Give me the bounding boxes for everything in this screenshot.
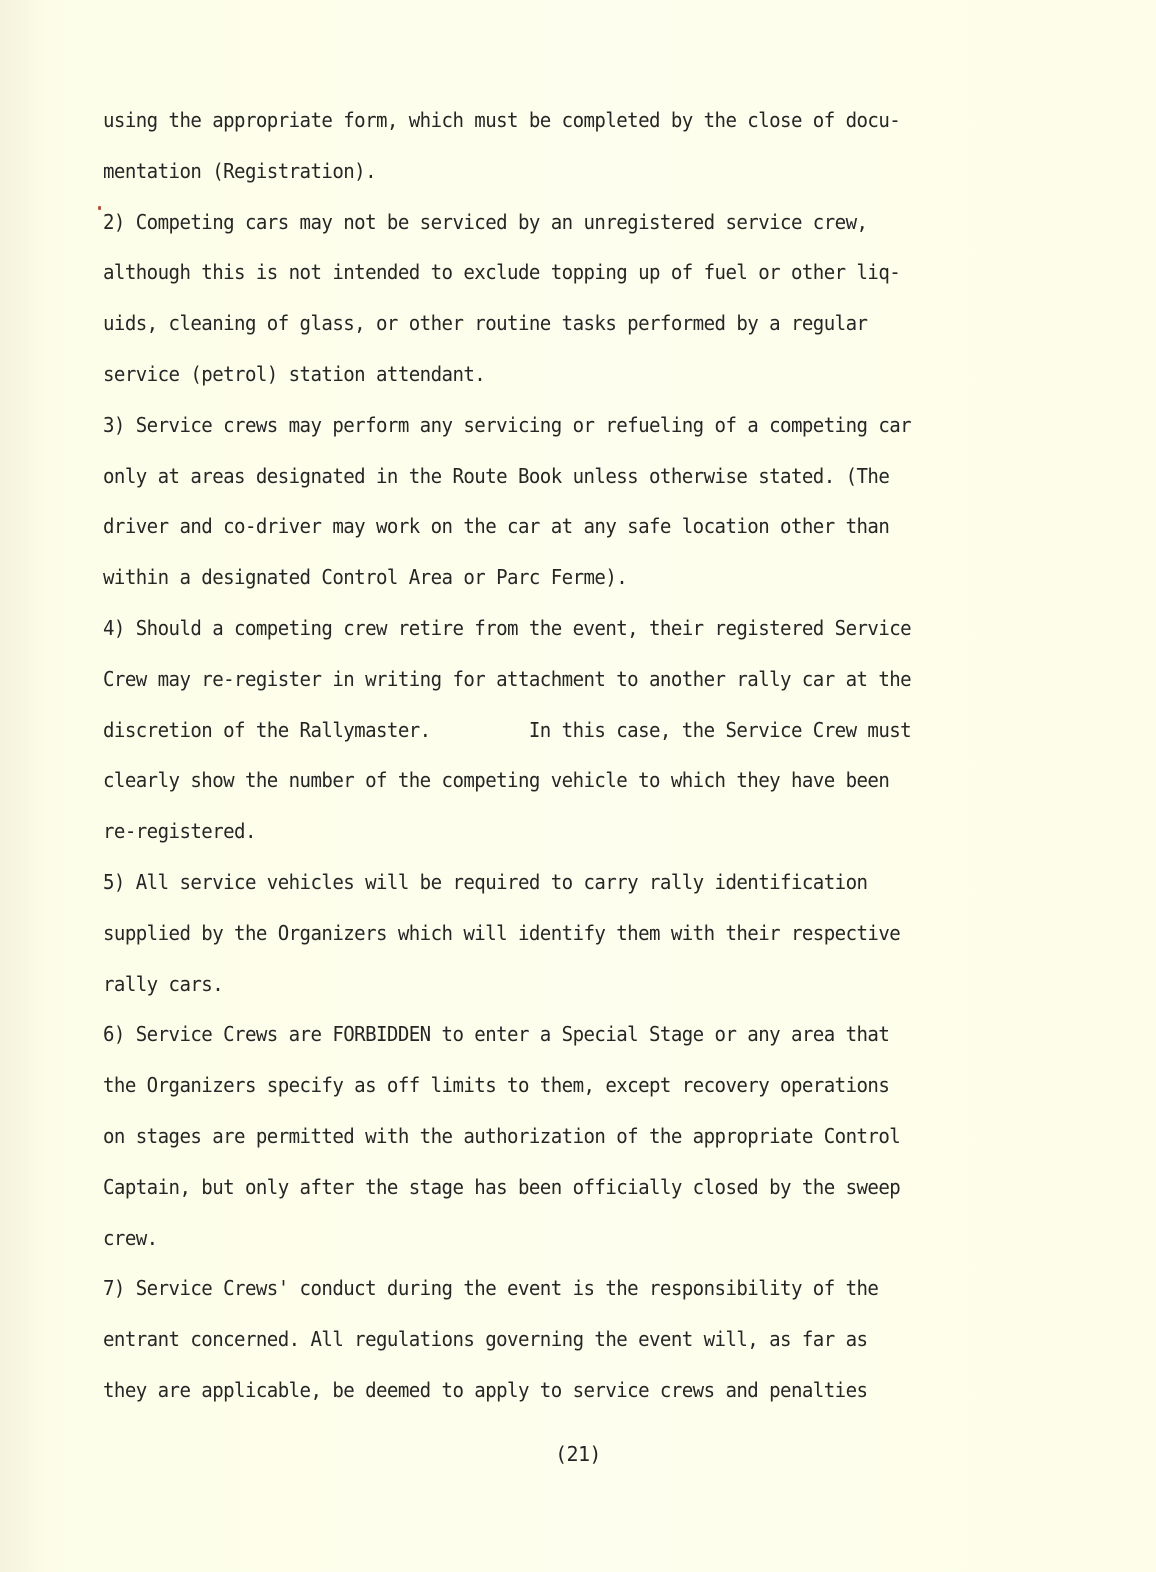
text-line: Captain, but only after the stage has be… <box>103 1167 977 1218</box>
text-line: re-registered. <box>103 811 977 862</box>
text-line: discretion of the Rallymaster. In this c… <box>103 710 977 761</box>
rule-6-start: 6) Service Crews are FORBIDDEN to enter … <box>103 1014 977 1065</box>
document-body: using the appropriate form, which must b… <box>103 100 977 1421</box>
text-line: using the appropriate form, which must b… <box>103 100 977 151</box>
text-line: uids, cleaning of glass, or other routin… <box>103 303 977 354</box>
rule-4-start: 4) Should a competing crew retire from t… <box>103 608 977 659</box>
text-line: clearly show the number of the competing… <box>103 760 977 811</box>
text-line: although this is not intended to exclude… <box>103 252 977 303</box>
text-line: within a designated Control Area or Parc… <box>103 557 977 608</box>
text-line: supplied by the Organizers which will id… <box>103 913 977 964</box>
text-line: crew. <box>103 1218 977 1269</box>
text-line: service (petrol) station attendant. <box>103 354 977 405</box>
page-number: (21) <box>0 1442 1156 1466</box>
text-line: mentation (Registration). <box>103 151 977 202</box>
rule-2-start: 2) Competing cars may not be serviced by… <box>103 202 977 253</box>
text-line: the Organizers specify as off limits to … <box>103 1065 977 1116</box>
text-line: driver and co-driver may work on the car… <box>103 506 977 557</box>
ink-mark <box>98 206 101 210</box>
text-line: on stages are permitted with the authori… <box>103 1116 977 1167</box>
text-line: entrant concerned. All regulations gover… <box>103 1319 977 1370</box>
text-line: Crew may re-register in writing for atta… <box>103 659 977 710</box>
rule-3-start: 3) Service crews may perform any servici… <box>103 405 977 456</box>
text-line: only at areas designated in the Route Bo… <box>103 456 977 507</box>
rule-5-start: 5) All service vehicles will be required… <box>103 862 977 913</box>
text-line: rally cars. <box>103 964 977 1015</box>
document-page: using the appropriate form, which must b… <box>0 0 1156 1572</box>
text-line: they are applicable, be deemed to apply … <box>103 1370 977 1421</box>
rule-7-start: 7) Service Crews' conduct during the eve… <box>103 1268 977 1319</box>
